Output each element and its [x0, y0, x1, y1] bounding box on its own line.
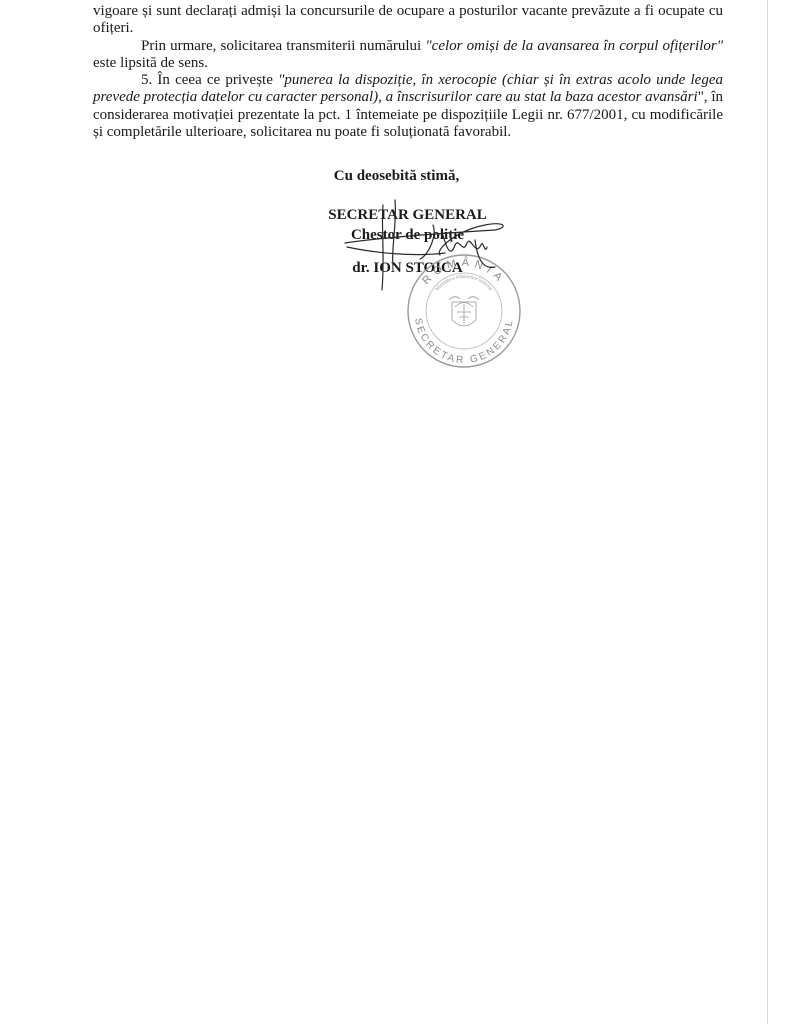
signatory-name: dr. ION STOICA	[0, 258, 793, 278]
paragraph-point-5: 5. În ceea ce privește "punerea la dispo…	[93, 72, 723, 141]
svg-text:SECRETAR GENERAL: SECRETAR GENERAL	[412, 317, 516, 366]
text-segment: 5. În ceea ce privește	[141, 72, 278, 88]
text-segment: este lipsită de sens.	[93, 55, 208, 71]
document-body: vigoare și sunt declarați admiși la conc…	[93, 3, 723, 141]
paragraph-prin-urmare: Prin urmare, solicitarea transmiterii nu…	[93, 38, 723, 73]
page-edge-line	[767, 0, 768, 1024]
coat-of-arms-icon	[449, 297, 479, 326]
signatory-title: SECRETAR GENERAL	[0, 205, 793, 225]
quoted-text: "celor omiși de la avansarea în corpul o…	[425, 38, 723, 54]
closing-salutation: Cu deosebită stimă,	[0, 168, 793, 185]
signature-block: SECRETAR GENERAL Chestor de poliție dr. …	[0, 205, 793, 278]
text-segment: vigoare și sunt declarați admiși la conc…	[93, 3, 723, 36]
paragraph-continued: vigoare și sunt declarați admiși la conc…	[93, 3, 723, 38]
text-segment: Prin urmare, solicitarea transmiterii nu…	[141, 38, 425, 54]
signatory-rank: Chestor de poliție	[0, 225, 793, 245]
